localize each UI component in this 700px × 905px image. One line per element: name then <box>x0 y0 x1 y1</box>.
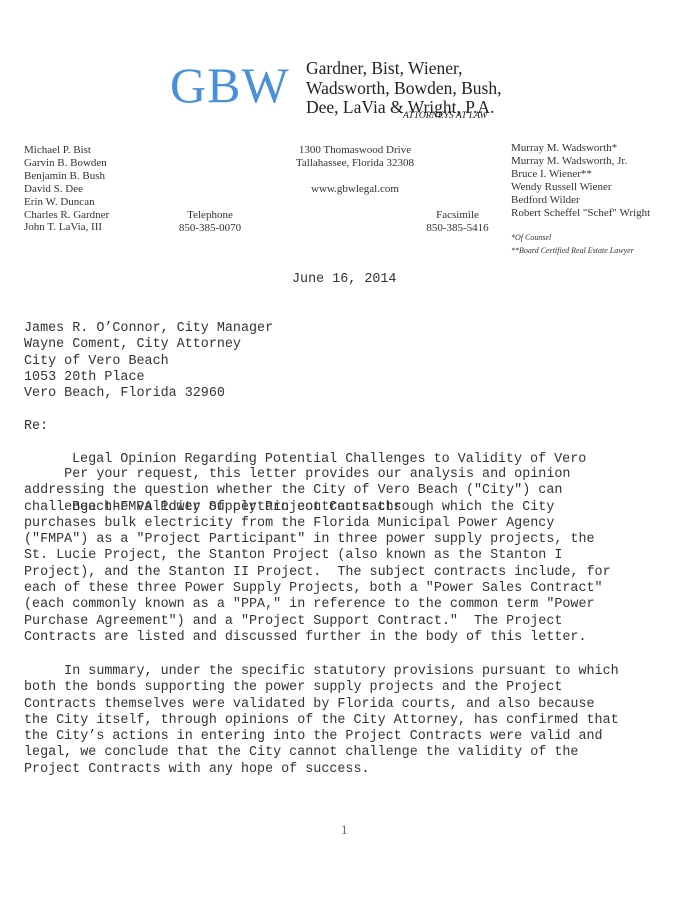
firm-address: 1300 Thomaswood Drive Tallahassee, Flori… <box>250 144 460 170</box>
paragraph-line: Per your request, this letter provides o… <box>24 467 611 483</box>
paragraph-line: challenge the validity of certain contra… <box>24 500 611 516</box>
attorney-name: Charles R. Gardner <box>24 209 109 222</box>
paragraph-line: both the bonds supporting the power supp… <box>24 680 619 696</box>
attorney-name: Bedford Wilder <box>511 194 650 207</box>
paragraph-line: purchases bulk electricity from the Flor… <box>24 516 611 532</box>
attorney-name: Bruce I. Wiener** <box>511 168 650 181</box>
paragraph-line: Contracts are listed and discussed furth… <box>24 630 611 646</box>
address-line: 1300 Thomaswood Drive <box>250 144 460 157</box>
firm-name-line: Gardner, Bist, Wiener, <box>306 59 501 79</box>
firm-name-line: Wadsworth, Bowden, Bush, <box>306 79 501 99</box>
attorney-list-left: Michael P. Bist Garvin B. Bowden Benjami… <box>24 144 109 234</box>
footnotes: *Of Counsel **Board Certified Real Estat… <box>511 231 634 257</box>
attorney-name: Murray M. Wadsworth* <box>511 142 650 155</box>
paragraph-line: St. Lucie Project, the Stanton Project (… <box>24 548 611 564</box>
footnote: **Board Certified Real Estate Lawyer <box>511 244 634 257</box>
page-number: 1 <box>341 822 348 838</box>
paragraph-line: (each commonly known as a "PPA," in refe… <box>24 597 611 613</box>
recipient-line: 1053 20th Place <box>24 370 273 386</box>
paragraph-1: Per your request, this letter provides o… <box>24 467 611 646</box>
paragraph-line: Project Contracts with any hope of succe… <box>24 762 619 778</box>
firm-tagline: ATTORNEYS AT LAW <box>403 111 487 121</box>
attorney-name: David S. Dee <box>24 183 109 196</box>
firm-website[interactable]: www.gbwlegal.com <box>250 183 460 195</box>
attorney-name: Murray M. Wadsworth, Jr. <box>511 155 650 168</box>
paragraph-2: In summary, under the specific statutory… <box>24 664 619 778</box>
paragraph-line: ("FMPA") as a "Project Participant" in t… <box>24 532 611 548</box>
firm-logo: GBW <box>170 60 290 110</box>
paragraph-line: In summary, under the specific statutory… <box>24 664 619 680</box>
attorney-name: Erin W. Duncan <box>24 196 109 209</box>
firm-name: Gardner, Bist, Wiener, Wadsworth, Bowden… <box>306 59 501 118</box>
paragraph-line: the City’s actions in entering into the … <box>24 729 619 745</box>
facsimile-block: Facsimile 850-385-5416 <box>410 209 505 234</box>
telephone-label: Telephone <box>165 209 255 222</box>
paragraph-line: legal, we conclude that the City cannot … <box>24 745 619 761</box>
address-line: Tallahassee, Florida 32308 <box>250 157 460 170</box>
letter-date: June 16, 2014 <box>292 272 396 288</box>
paragraph-line: Contracts themselves were validated by F… <box>24 697 619 713</box>
attorney-name: Michael P. Bist <box>24 144 109 157</box>
footnote: *Of Counsel <box>511 231 634 244</box>
attorney-name: John T. LaVia, III <box>24 221 109 234</box>
attorney-name: Garvin B. Bowden <box>24 157 109 170</box>
attorney-name: Robert Scheffel "Schef" Wright <box>511 207 650 220</box>
paragraph-line: the City itself, through opinions of the… <box>24 713 619 729</box>
paragraph-line: addressing the question whether the City… <box>24 483 611 499</box>
paragraph-line: each of these three Power Supply Project… <box>24 581 611 597</box>
paragraph-line: Purchase Agreement") and a "Project Supp… <box>24 614 611 630</box>
attorney-name: Benjamin B. Bush <box>24 170 109 183</box>
attorney-list-right: Murray M. Wadsworth* Murray M. Wadsworth… <box>511 142 650 219</box>
recipient-line: Wayne Coment, City Attorney <box>24 337 273 353</box>
attorney-name: Wendy Russell Wiener <box>511 181 650 194</box>
recipient-line: City of Vero Beach <box>24 354 273 370</box>
telephone-block: Telephone 850-385-0070 <box>165 209 255 234</box>
subject-text: Legal Opinion Regarding Potential Challe… <box>72 452 586 468</box>
facsimile-number: 850-385-5416 <box>410 222 505 235</box>
recipient-address: James R. O’Connor, City Manager Wayne Co… <box>24 321 273 402</box>
paragraph-line: Project), and the Stanton II Project. Th… <box>24 565 611 581</box>
telephone-number: 850-385-0070 <box>165 222 255 235</box>
recipient-line: James R. O’Connor, City Manager <box>24 321 273 337</box>
recipient-line: Vero Beach, Florida 32960 <box>24 386 273 402</box>
facsimile-label: Facsimile <box>410 209 505 222</box>
